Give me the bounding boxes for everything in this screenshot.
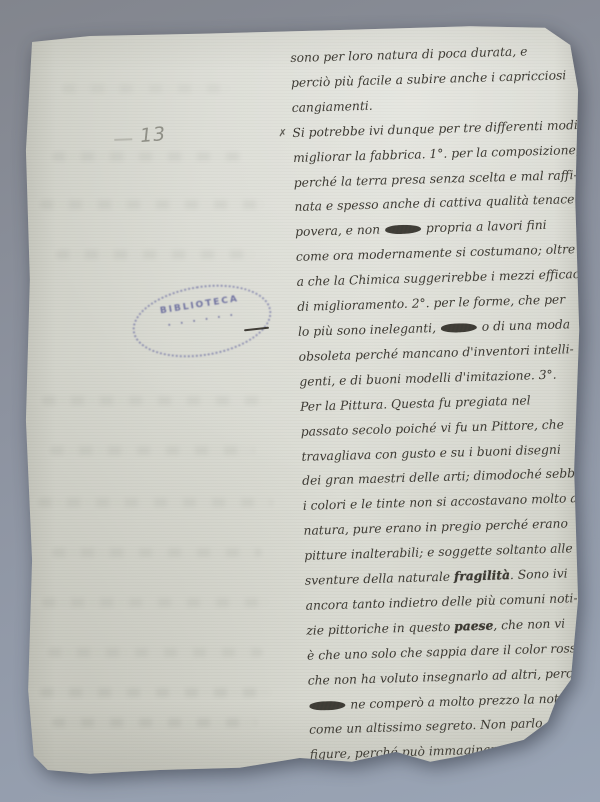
manuscript-text: sventure della naturale <box>305 570 454 588</box>
bleedthrough-line <box>50 446 255 455</box>
manuscript-line: cangiamenti. <box>291 88 584 121</box>
manuscript-text: natura, pure erano in pregio perché eran… <box>303 517 568 538</box>
manuscript-line: è che uno solo che sappia dare il color … <box>307 635 600 668</box>
manuscript-text: . Sono ivi <box>510 566 568 582</box>
manuscript-text: che non ha voluto insegnarlo ad altri, p… <box>308 666 589 688</box>
bleedthrough-line <box>38 498 273 507</box>
manuscript-text: come un altissimo segreto. Non parlo del… <box>309 716 577 737</box>
manuscript-line: genti, e di buoni modelli d'imitazione. … <box>299 362 592 395</box>
manuscript-line: perciò più facile a subire anche i capri… <box>291 63 584 96</box>
manuscript-line: perché la terra presa senza scelta e mal… <box>293 162 586 195</box>
manuscript-line: i colori e le tinte non si accostavano m… <box>303 486 596 519</box>
manuscript-line: di miglioramento. 2°. per le forme, che … <box>297 287 590 320</box>
manuscript-line: obsoleta perché mancano d'inventori inte… <box>298 337 591 370</box>
manuscript-line: a che la Chimica suggerirebbe i mezzi ef… <box>296 262 589 295</box>
manuscript-line: Per la Pittura. Questa fu pregiata nel <box>300 386 593 419</box>
manuscript-line: travagliava con gusto e su i buoni diseg… <box>301 436 594 469</box>
ink-dash-mark <box>244 327 269 332</box>
manuscript-line: nata e spesso anche di cattiva qualità t… <box>294 187 587 220</box>
bleedthrough-line <box>52 548 262 557</box>
manuscript-text: i colori e le tinte non si accostavano m… <box>303 491 593 513</box>
manuscript-text: o di una moda <box>478 317 571 334</box>
manuscript-line: figure, perché può immaginar ciascuno <box>309 735 600 768</box>
manuscript-line: lo più sono ineleganti, o di una moda <box>298 312 591 345</box>
manuscript-text: a che la Chimica suggerirebbe i mezzi ef… <box>296 267 583 289</box>
manuscript-line: come ora modernamente si costumano; oltr… <box>296 237 589 270</box>
bleedthrough-line <box>62 84 232 93</box>
library-stamp-top-text: BIBLIOTECA <box>132 290 268 321</box>
manuscript-text: pitture inalterabili; e soggette soltant… <box>304 541 573 562</box>
manuscript-line: natura, pure erano in pregio perché eran… <box>303 511 596 544</box>
manuscript-line: povera, e non propria a lavori fini <box>295 212 588 245</box>
manuscript-text: perciò più facile a subire anche i capri… <box>291 68 567 90</box>
library-stamp-bottom-text: · · · · · · <box>134 305 270 336</box>
manuscript-text: dei gran maestri delle arti; dimodoché s… <box>302 466 598 488</box>
manuscript-text: di miglioramento. 2°. per le forme, che … <box>297 292 565 313</box>
manuscript-text: Si potrebbe ivi dunque per tre different… <box>292 118 578 140</box>
manuscript-text: zie pittoriche in questo <box>306 619 454 637</box>
manuscript-text: lo più sono ineleganti, <box>298 321 440 339</box>
manuscript-line: sono per loro natura di poca durata, e <box>290 38 583 71</box>
manuscript-line: che non ha voluto insegnarlo ad altri, p… <box>307 660 600 693</box>
manuscript-text: come ora modernamente si costumano; oltr… <box>296 242 576 264</box>
bleedthrough-line <box>48 648 263 657</box>
manuscript-text: propria a lavori fini <box>422 218 547 235</box>
bleedthrough-line <box>42 598 270 607</box>
manuscript-text: ne comperò a molto prezzo la notizia <box>346 691 581 712</box>
bleedthrough-line <box>40 200 265 209</box>
manuscript-line: zie pittoriche in questo paese, che non … <box>306 610 599 643</box>
manuscript-text: travagliava con gusto e su i buoni diseg… <box>301 442 561 463</box>
manuscript-text: genti, e di buoni modelli d'imitazione. … <box>299 367 557 388</box>
inked-out-word <box>440 323 478 333</box>
manuscript-text: è che uno solo che sappia dare il color … <box>307 641 584 663</box>
manuscript-text: perché la terra presa senza scelta e mal… <box>294 168 578 190</box>
bleedthrough-line <box>56 250 256 259</box>
manuscript-text: migliorar la fabbrica. 1°. per la compos… <box>293 143 580 165</box>
inked-out-word <box>384 225 422 235</box>
folio-number: 13 <box>139 123 167 147</box>
manuscript-line: migliorar la fabbrica. 1°. per la compos… <box>293 137 586 170</box>
manuscript-text: obsoleta perché mancano d'inventori inte… <box>298 342 573 364</box>
library-stamp: BIBLIOTECA · · · · · · <box>127 275 276 366</box>
manuscript-line: dei gran maestri delle arti; dimodoché s… <box>302 461 595 494</box>
manuscript-text: figure, perché può immaginar ciascuno <box>310 741 555 762</box>
manuscript-line: ✗Si potrebbe ivi dunque per tre differen… <box>292 113 585 146</box>
manuscript-text: sono per loro natura di poca durata, e <box>290 44 527 65</box>
bleedthrough-line <box>52 152 242 161</box>
manuscript-text: , che non vi <box>493 616 565 632</box>
manuscript-text: nata e spesso anche di cattiva qualità t… <box>294 193 574 215</box>
paragraph-marker: ✗ <box>278 122 287 147</box>
manuscript-line: passato secolo poiché vi fu un Pittore, … <box>300 411 593 444</box>
bleedthrough-line <box>42 396 272 405</box>
manuscript-line: ne comperò a molto prezzo la notizia <box>308 685 600 718</box>
manuscript-text: fragilità <box>454 567 510 584</box>
manuscript-text: Per la Pittura. Questa fu pregiata nel <box>300 393 531 413</box>
paper-sheet: 13 BIBLIOTECA · · · · · · sono per loro … <box>22 24 582 776</box>
manuscript-text: passato secolo poiché vi fu un Pittore, … <box>301 417 564 438</box>
manuscript-line: pitture inalterabili; e soggette soltant… <box>304 536 597 569</box>
manuscript-line: ancora tanto indietro delle più comuni n… <box>305 586 598 619</box>
manuscript-text: cangiamenti. <box>292 99 373 115</box>
inked-out-word <box>309 700 347 710</box>
manuscript-line: sventure della naturale fragilità. Sono … <box>305 561 598 594</box>
manuscript-line: come un altissimo segreto. Non parlo del… <box>309 710 600 743</box>
bleedthrough-line <box>52 718 257 727</box>
paper-surface: 13 BIBLIOTECA · · · · · · sono per loro … <box>22 24 582 776</box>
bleedthrough-line <box>40 688 272 697</box>
manuscript-text: ancora tanto indietro delle più comuni n… <box>305 591 577 613</box>
photo-scene: 13 BIBLIOTECA · · · · · · sono per loro … <box>0 0 600 802</box>
manuscript-text: povera, e non <box>295 223 384 239</box>
manuscript-text: paese <box>454 617 494 633</box>
manuscript: sono per loro natura di poca durata, epe… <box>290 38 600 768</box>
